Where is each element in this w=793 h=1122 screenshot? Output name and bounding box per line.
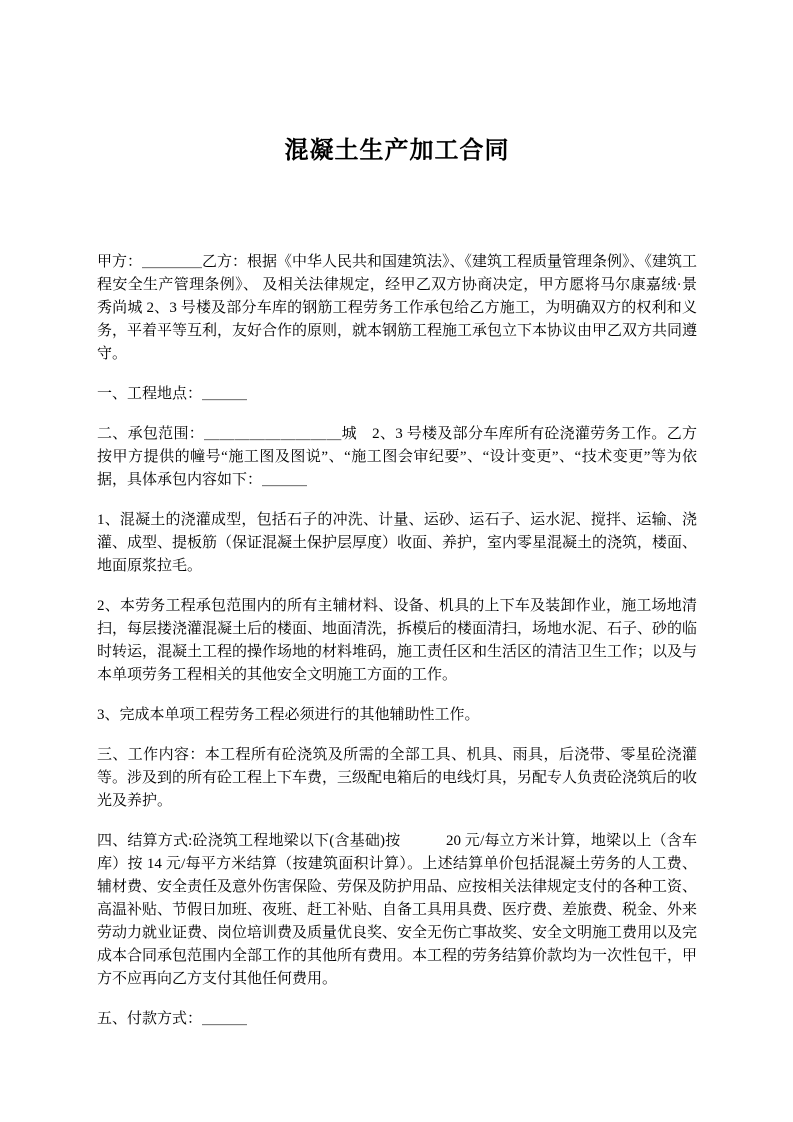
clause-parties-intro: 甲方：＿＿＿＿乙方：根据《中华人民共和国建筑法》、《建筑工程质量管理条例》、《建… [97,251,697,366]
scope-item-3: 3、完成本单项工程劳务工程必须进行的其他辅助性工作。 [97,704,697,727]
scope-item-2: 2、本劳务工程承包范围内的所有主辅材料、设备、机具的上下车及装卸作业，施工场地清… [97,595,697,687]
document-title: 混凝土生产加工合同 [97,136,697,166]
document-body: 甲方：＿＿＿＿乙方：根据《中华人民共和国建筑法》、《建筑工程质量管理条例》、《建… [97,251,697,1031]
clause-1-project-location: 一、工程地点：＿＿＿ [97,383,697,406]
clause-4-settlement-method: 四、结算方式:砼浇筑工程地梁以下(含基础)按 20 元/每立方米计算，地梁以上（… [97,830,697,991]
clause-2-contract-scope: 二、承包范围：＿＿＿＿＿＿＿＿＿城 2、3 号楼及部分车库所有砼浇灌劳务工作。乙… [97,423,697,492]
document-page: 混凝土生产加工合同 甲方：＿＿＿＿乙方：根据《中华人民共和国建筑法》、《建筑工程… [0,0,793,1122]
clause-5-payment-method: 五、付款方式：＿＿＿ [97,1008,697,1031]
clause-3-work-content: 三、工作内容：本工程所有砼浇筑及所需的全部工具、机具、雨具，后浇带、零星砼浇灌等… [97,744,697,813]
scope-item-1: 1、混凝土的浇灌成型，包括石子的冲洗、计量、运砂、运石子、运水泥、搅拌、运输、浇… [97,509,697,578]
